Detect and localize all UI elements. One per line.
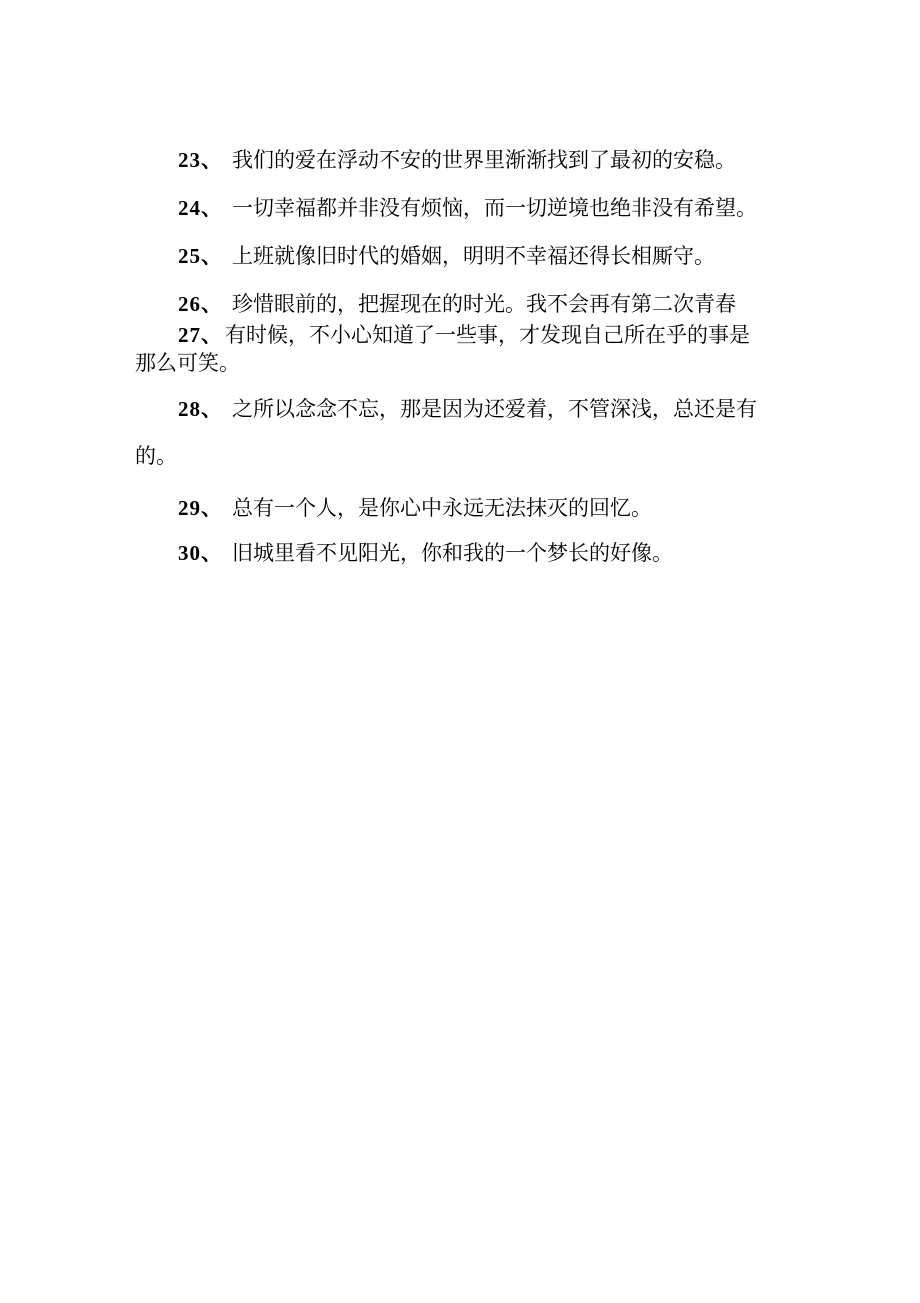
item-text: 珍惜眼前的，把握现在的时光。我不会再有第二次青春 <box>232 292 736 316</box>
item-text: 一切幸福都并非没有烦恼，而一切逆境也绝非没有希望。 <box>232 196 757 220</box>
item-number: 23、 <box>178 148 223 172</box>
quote-item-25: 25、上班就像旧时代的婚姻，明明不幸福还得长相厮守。 <box>135 242 800 270</box>
quote-item-27: 27、有时候，不小心知道了一些事，才发现自己所在乎的事是 那么可笑。 <box>135 321 800 377</box>
quote-item-23: 23、我们的爱在浮动不安的世界里渐渐找到了最初的安稳。 <box>135 146 800 174</box>
quote-item-30: 30、旧城里看不见阳光，你和我的一个梦长的好像。 <box>135 539 800 567</box>
quote-item-24: 24、一切幸福都并非没有烦恼，而一切逆境也绝非没有希望。 <box>135 194 800 222</box>
quote-line: 30、旧城里看不见阳光，你和我的一个梦长的好像。 <box>135 539 800 567</box>
item-number: 26、 <box>178 292 223 316</box>
quote-line: 29、总有一个人，是你心中永远无法抹灭的回忆。 <box>135 494 800 522</box>
item-text: 旧城里看不见阳光，你和我的一个梦长的好像。 <box>232 541 673 565</box>
item-text: 有时候，不小心知道了一些事，才发现自己所在乎的事是 <box>225 323 750 347</box>
item-number: 30、 <box>178 541 223 565</box>
item-number: 28、 <box>178 397 223 421</box>
document-content: 23、我们的爱在浮动不安的世界里渐渐找到了最初的安稳。 24、一切幸福都并非没有… <box>0 0 920 567</box>
item-text: 总有一个人，是你心中永远无法抹灭的回忆。 <box>232 496 652 520</box>
item-number: 25、 <box>178 244 223 268</box>
item-text: 我们的爱在浮动不安的世界里渐渐找到了最初的安稳。 <box>232 148 736 172</box>
quote-line: 23、我们的爱在浮动不安的世界里渐渐找到了最初的安稳。 <box>135 146 800 174</box>
quote-line: 27、有时候，不小心知道了一些事，才发现自己所在乎的事是 <box>135 321 800 349</box>
quote-item-28: 28、之所以念念不忘，那是因为还爱着，不管深浅，总还是有 的。 <box>135 386 800 480</box>
item-number: 29、 <box>178 496 223 520</box>
item-number: 27、 <box>178 323 223 347</box>
quote-line: 28、之所以念念不忘，那是因为还爱着，不管深浅，总还是有 <box>135 386 800 433</box>
item-text: 上班就像旧时代的婚姻，明明不幸福还得长相厮守。 <box>232 244 715 268</box>
item-text: 之所以念念不忘，那是因为还爱着，不管深浅，总还是有 <box>232 397 757 421</box>
quote-line: 26、珍惜眼前的，把握现在的时光。我不会再有第二次青春 <box>135 290 800 318</box>
item-text-continued: 的。 <box>135 433 800 480</box>
item-text-continued: 那么可笑。 <box>135 349 800 377</box>
quote-item-26: 26、珍惜眼前的，把握现在的时光。我不会再有第二次青春 <box>135 290 800 318</box>
quote-line: 25、上班就像旧时代的婚姻，明明不幸福还得长相厮守。 <box>135 242 800 270</box>
item-number: 24、 <box>178 196 223 220</box>
quote-item-29: 29、总有一个人，是你心中永远无法抹灭的回忆。 <box>135 494 800 522</box>
document-page: 23、我们的爱在浮动不安的世界里渐渐找到了最初的安稳。 24、一切幸福都并非没有… <box>0 0 920 1303</box>
quote-line: 24、一切幸福都并非没有烦恼，而一切逆境也绝非没有希望。 <box>135 194 800 222</box>
